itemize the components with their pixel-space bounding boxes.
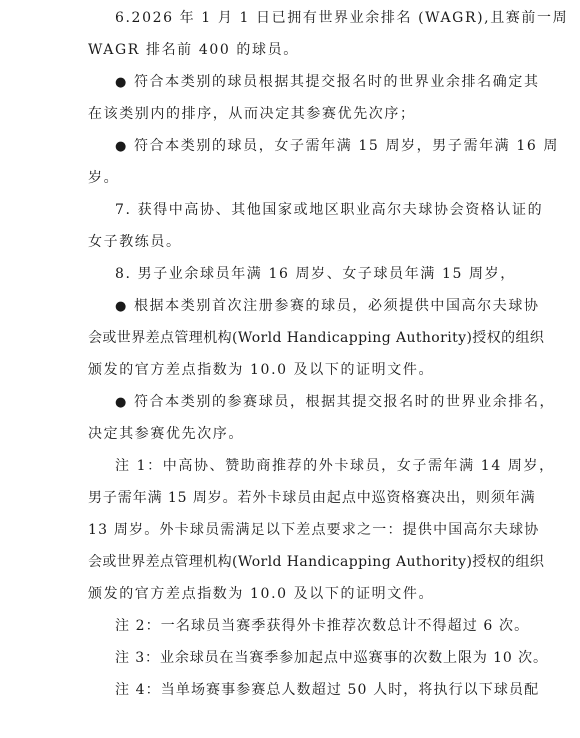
paragraph-line: 8. 男子业余球员年满 16 周岁、女子球员年满 15 周岁， bbox=[115, 264, 516, 284]
bullet-icon: ● bbox=[115, 75, 128, 90]
paragraph-line: 会或世界差点管理机构(World Handicapping Authority)… bbox=[88, 328, 544, 348]
bullet-line: ●根据本类别首次注册参赛的球员，必须提供中国高尔夫球协 bbox=[115, 296, 540, 317]
bullet-icon: ● bbox=[115, 395, 128, 410]
paragraph-line: 决定其参赛优先次序。 bbox=[88, 424, 244, 444]
paragraph-line: 在该类别内的排序，从而决定其参赛优先次序； bbox=[88, 104, 416, 124]
note-line: 注 4：当单场赛事参赛总人数超过 50 人时，将执行以下球员配 bbox=[115, 680, 539, 700]
bullet-line: ●符合本类别的参赛球员，根据其提交报名时的世界业余排名， bbox=[115, 392, 555, 413]
note-line: 13 周岁。外卡球员需满足以下差点要求之一：提供中国高尔夫球协 bbox=[88, 520, 539, 540]
note-line: 注 1：中高协、赞助商推荐的外卡球员，女子需年满 14 周岁， bbox=[115, 456, 555, 476]
paragraph-line: 女子教练员。 bbox=[88, 232, 182, 252]
bullet-icon: ● bbox=[115, 299, 128, 314]
note-line: 男子需年满 15 周岁。若外卡球员由起点中巡资格赛决出，则须年满 bbox=[88, 488, 536, 508]
bullet-line: ●符合本类别的球员根据其提交报名时的世界业余排名确定其 bbox=[115, 72, 540, 93]
note-line: 注 3：业余球员在当赛季参加起点中巡赛事的次数上限为 10 次。 bbox=[115, 648, 548, 668]
note-line: 注 2：一名球员当赛季获得外卡推荐次数总计不得超过 6 次。 bbox=[115, 616, 529, 636]
paragraph-line: 6.2026 年 1 月 1 日已拥有世界业余排名 (WAGR),且赛前一周 bbox=[115, 8, 568, 28]
bullet-line: ●符合本类别的球员，女子需年满 15 周岁，男子需年满 16 周 bbox=[115, 136, 559, 157]
paragraph-line: 7. 获得中高协、其他国家或地区职业高尔夫球协会资格认证的 bbox=[115, 200, 543, 220]
paragraph-line: WAGR 排名前 400 的球员。 bbox=[88, 40, 299, 60]
paragraph-line: 颁发的官方差点指数为 10.0 及以下的证明文件。 bbox=[88, 360, 434, 380]
note-line: 会或世界差点管理机构(World Handicapping Authority)… bbox=[88, 552, 544, 572]
note-line: 颁发的官方差点指数为 10.0 及以下的证明文件。 bbox=[88, 584, 434, 604]
bullet-icon: ● bbox=[115, 139, 128, 154]
paragraph-line: 岁。 bbox=[88, 168, 119, 188]
